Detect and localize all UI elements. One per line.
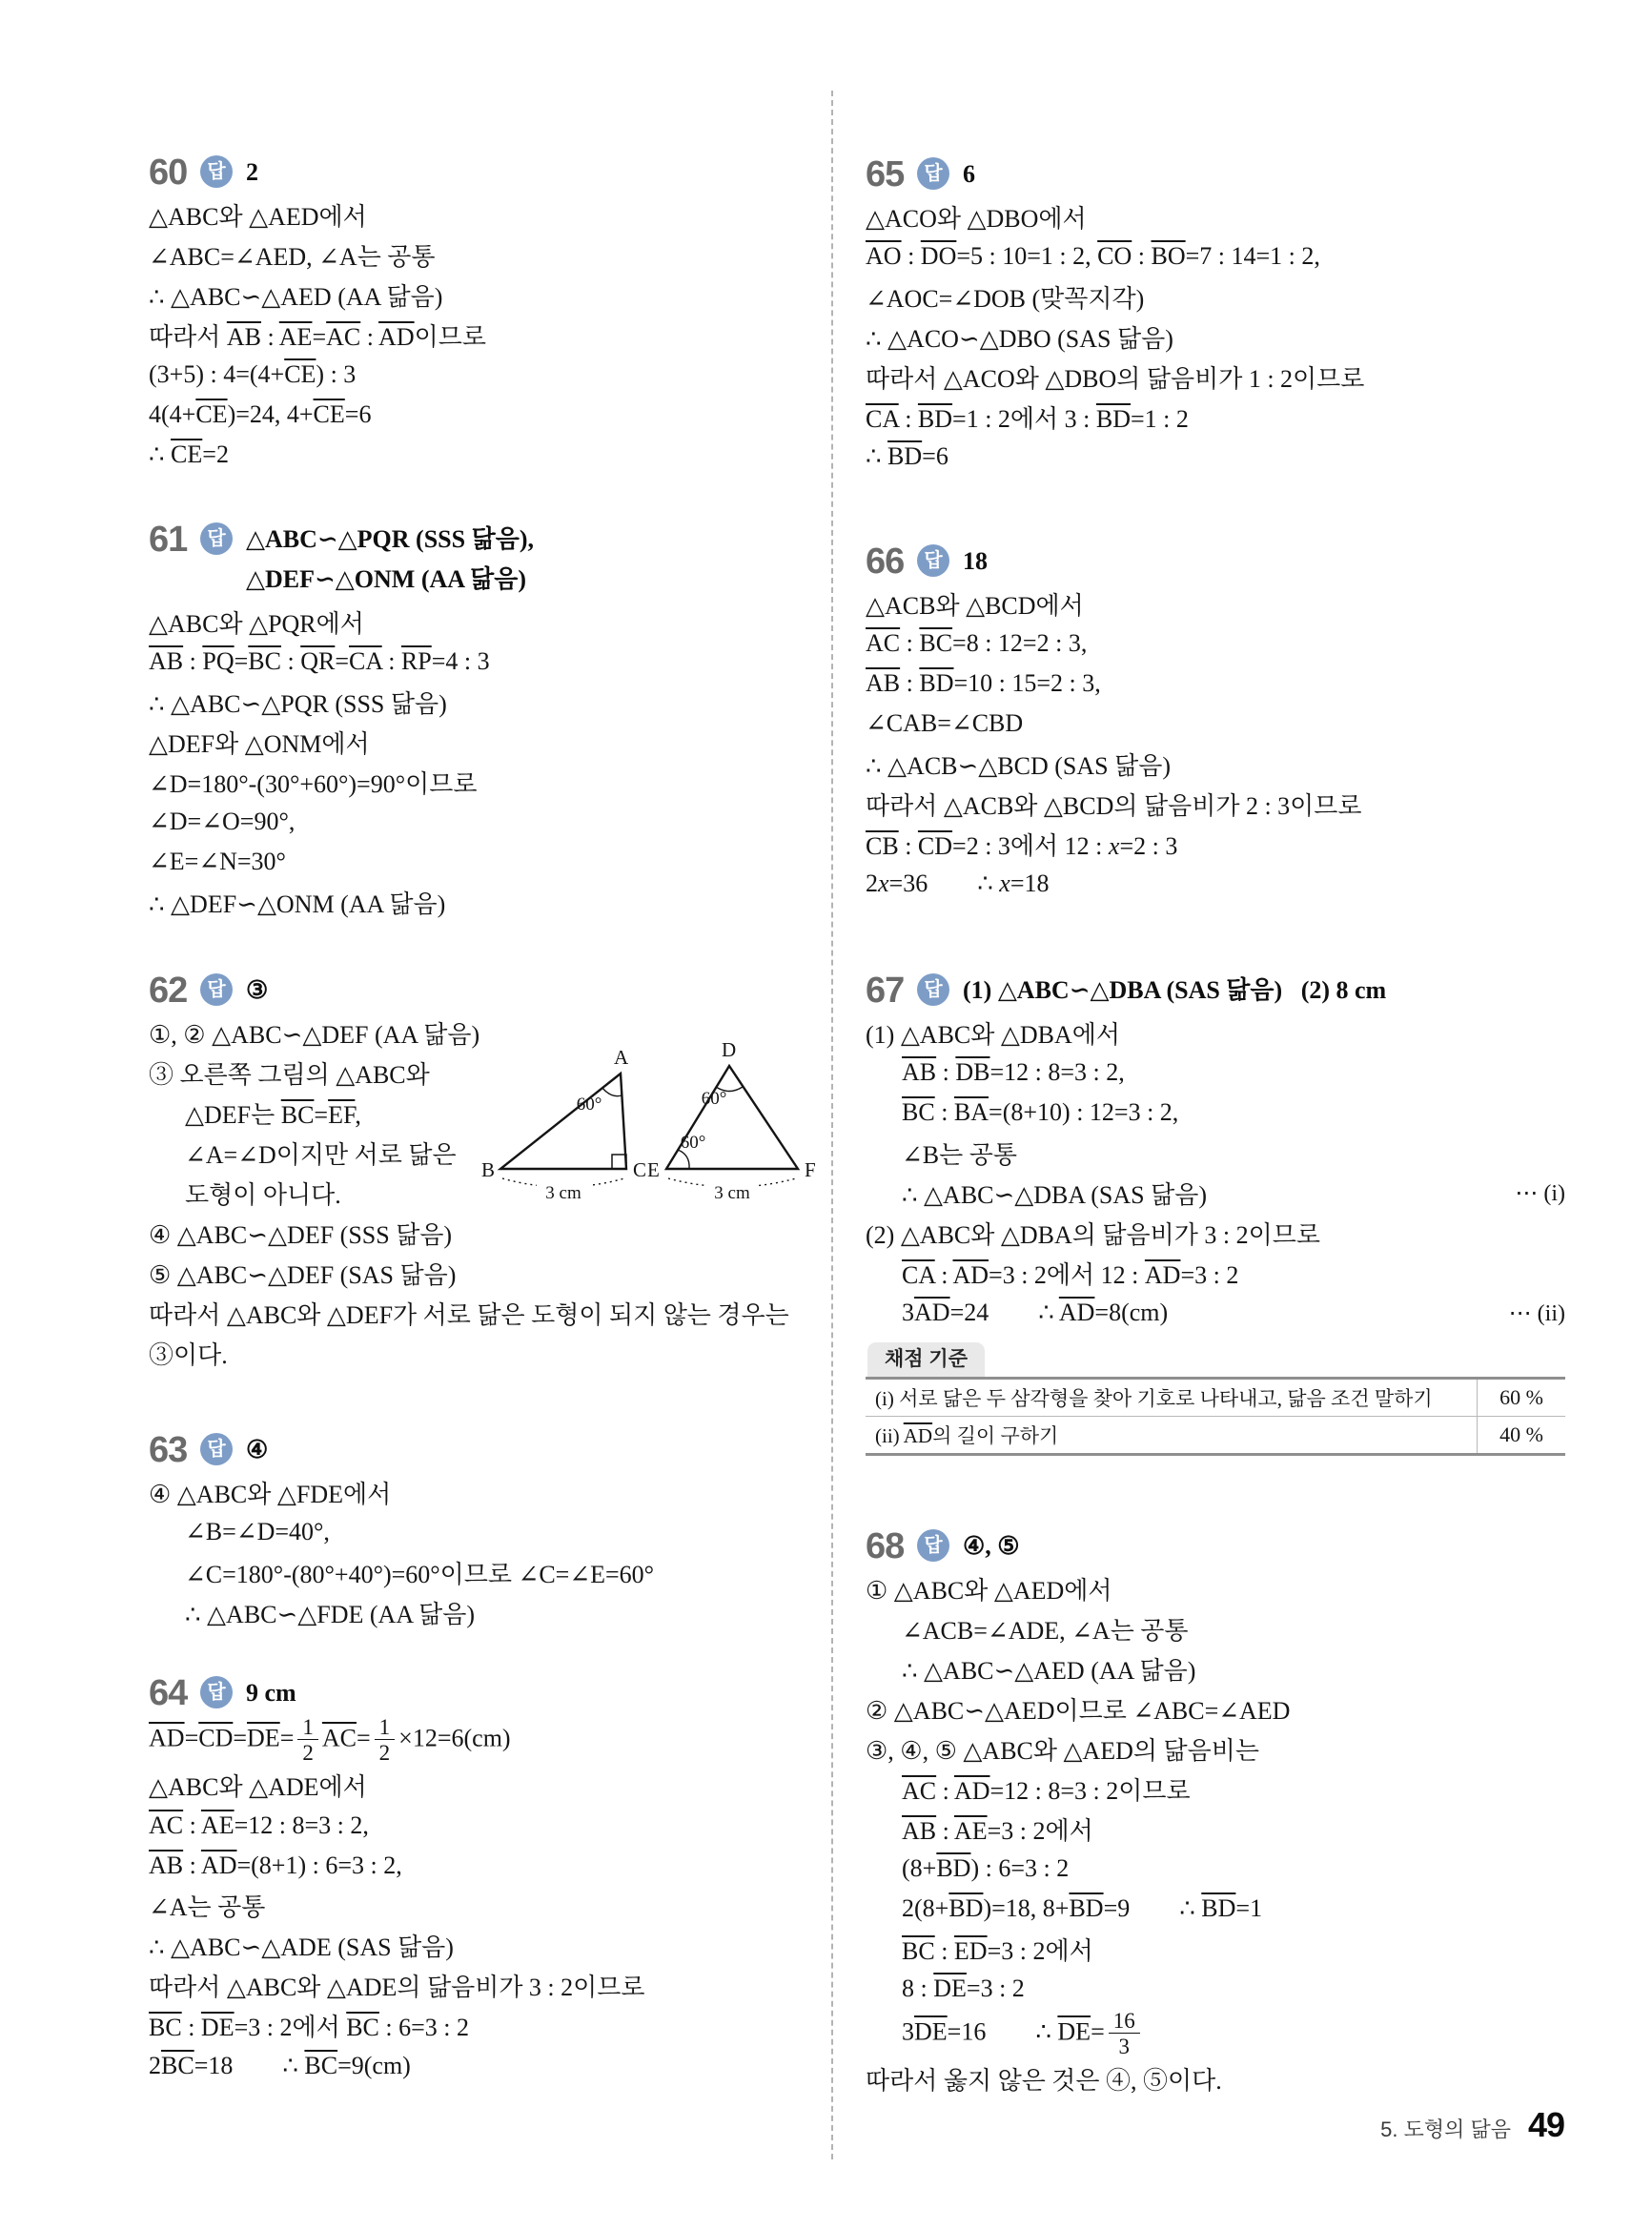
vertex-a-label: A [614,1046,629,1069]
solution-line: 4(4+CE)=24, 4+CE=6 [149,395,816,435]
problem-60-header: 60답2 [149,153,816,193]
triangle-abc [500,1074,626,1169]
problem-number: 62 [149,971,200,1011]
problem-63-header: 63답④ [149,1430,816,1470]
vertex-e-label: E [647,1158,660,1181]
segment-overline: AC [322,1724,357,1751]
segment-overline: AD [201,1852,237,1879]
angle-arc-a [602,1088,622,1096]
segment-overline: CO [1097,242,1132,270]
solution-line: ③이다. [149,1333,816,1373]
solution-line: △ACO와 △DBO에서 [866,196,1565,236]
vertex-c-label: C [633,1158,646,1181]
problem-64-solution: AD=CD=DE=12AC=12×12=6(cm)△ABC와 △ADE에서AC … [149,1715,816,2086]
solution-line: AB : BD=10 : 15=2 : 3, [866,664,1565,704]
solution-line: (2) △ABC와 △DBA의 닮음비가 3 : 2이므로 [866,1213,1565,1253]
solution-line: ∠CAB=∠CBD [866,704,1565,744]
problem-64: 64답9 cmAD=CD=DE=12AC=12×12=6(cm)△ABC와 △A… [149,1673,816,2086]
solution-line: ∠C=180°-(80°+40°)=60°이므로 ∠C=∠E=60° [149,1552,816,1592]
segment-overline: AC [326,323,360,351]
solution-line: 8 : DE=3 : 2 [866,1969,1565,2009]
segment-overline: CB [866,832,899,860]
segment-overline: BD [919,669,953,697]
solution-line: AB : PQ=BC : QR=CA : RP=4 : 3 [149,642,816,682]
solution-line: AB : DB=12 : 8=3 : 2, [866,1053,1565,1093]
grading-table: (i) 서로 닮은 두 삼각형을 찾아 기호로 나타내고, 닮음 조건 말하기6… [866,1377,1565,1456]
problem-number: 64 [149,1673,200,1713]
solution-line: ∴ BD=6 [866,437,1565,477]
solution-line: ∴ CE=2 [149,435,816,475]
answer-line: ④ [246,1430,268,1470]
problem-63-solution: ④ △ABC와 △FDE에서∠B=∠D=40°,∠C=180°-(80°+40°… [149,1472,816,1632]
segment-overline: ED [954,1937,988,1965]
segment-overline: BC [161,2052,194,2079]
segment-overline: CD [198,1724,233,1751]
angle-a-label: 60° [577,1095,602,1115]
answer-line: 9 cm [246,1673,296,1713]
segment-overline: CE [284,360,316,388]
solution-line: AB : AE=3 : 2에서 [866,1809,1565,1849]
segment-overline: AD [378,323,415,351]
solution-line: BC : DE=3 : 2에서 BC : 6=3 : 2 [149,2006,816,2046]
segment-overline: AB [149,1852,183,1879]
solution-line: CA : BD=1 : 2에서 3 : BD=1 : 2 [866,397,1565,437]
solution-line: ∴ △ACB∽△BCD (SAS 닮음) [866,744,1565,784]
answer-badge: 답 [917,973,949,1006]
problem-67-header: 67답(1) △ABC∽△DBA (SAS 닮음) (2) 8 cm [866,971,1565,1011]
solution-line: ④ △ABC와 △FDE에서 [149,1472,816,1512]
answer-text: 9 cm [246,1673,296,1713]
solution-line: ∴ △ABC∽△AED (AA 닮음) [149,275,816,315]
answer-text: 2 [246,153,258,193]
grading-row: (i) 서로 닮은 두 삼각형을 찾아 기호로 나타내고, 닮음 조건 말하기6… [866,1380,1565,1416]
segment-overline: DE [1057,2017,1091,2045]
right-angle-mark-c [612,1155,626,1169]
problem-62-figure: A B C 60° 3 cm D E F 60° 60° 3 cm [481,1041,817,1215]
segment-overline: AD [1145,1261,1181,1289]
step-marker: ⋯ (i) [1496,1179,1565,1207]
solution-line: 따라서 AB : AE=AC : AD이므로 [149,315,816,355]
answer-text: (1) △ABC∽△DBA (SAS 닮음) (2) 8 cm [963,971,1386,1011]
answer-line: (1) △ABC∽△DBA (SAS 닮음) (2) 8 cm [963,971,1386,1011]
solution-line: 2BC=18 ∴ BC=9(cm) [149,2046,816,2086]
answer-text: 18 [963,542,988,582]
problem-number: 66 [866,542,917,582]
solution-line: AC : BC=8 : 12=2 : 3, [866,624,1565,664]
segment-overline: PQ [202,647,234,675]
similar-triangles-figure: A B C 60° 3 cm D E F 60° 60° 3 cm [481,1041,817,1215]
segment-overline: BD [936,1854,970,1882]
solution-line: ③, ④, ⑤ △ABC와 △AED의 닮음비는 [866,1729,1565,1769]
answer-badge: 답 [917,1529,949,1562]
answer-badge: 답 [200,973,233,1006]
solution-line: AC : AE=12 : 8=3 : 2, [149,1806,816,1846]
segment-overline: AC [902,1777,936,1805]
segment-overline: CE [171,440,202,468]
solution-line: 따라서 △ABC와 △ADE의 닮음비가 3 : 2이므로 [149,1966,816,2006]
answer-badge: 답 [200,1433,233,1465]
solution-line: ∠B는 공통 [866,1133,1565,1173]
segment-overline: BD [1096,405,1131,433]
segment-overline: AE [954,1817,988,1845]
solution-line: △ABC와 △ADE에서 [149,1766,816,1806]
problem-number: 65 [866,154,917,194]
vertex-f-label: F [805,1158,816,1181]
problem-65: 65답6△ACO와 △DBO에서AO : DO=5 : 10=1 : 2, CO… [866,154,1565,477]
problem-65-solution: △ACO와 △DBO에서AO : DO=5 : 10=1 : 2, CO : B… [866,196,1565,477]
segment-overline: BC [281,1101,315,1129]
solution-line: 2x=36 ∴ x=18 [866,864,1565,904]
segment-overline: CE [195,400,227,428]
segment-overline: AB [149,647,183,675]
segment-overline: CA [866,405,899,433]
grading-criterion: (ii) AD의 길이 구하기 [866,1417,1478,1453]
segment-overline: QR [300,647,335,675]
problem-61-solution: △ABC와 △PQR에서AB : PQ=BC : QR=CA : RP=4 : … [149,602,816,922]
segment-overline: AE [279,323,313,351]
solution-line: △DEF와 △ONM에서 [149,722,816,762]
vertex-b-label: B [481,1158,495,1181]
segment-overline: DB [955,1058,989,1086]
grading-criterion: (i) 서로 닮은 두 삼각형을 찾아 기호로 나타내고, 닮음 조건 말하기 [866,1380,1478,1416]
problem-67-solution: (1) △ABC와 △DBA에서AB : DB=12 : 8=3 : 2,BC … [866,1013,1565,1333]
segment-overline: BD [887,442,922,470]
solution-line: 3AD=24 ∴ AD=8(cm)⋯ (ii) [866,1293,1565,1333]
answer-line: 6 [963,154,975,194]
solution-line: AB : AD=(8+1) : 6=3 : 2, [149,1846,816,1886]
segment-overline: AD [1059,1299,1095,1326]
segment-overline: DO [921,242,957,270]
problem-68-solution: ① △ABC와 △AED에서∠ACB=∠ADE, ∠A는 공통∴ △ABC∽△A… [866,1568,1565,2099]
grading-criteria: 채점 기준(i) 서로 닮은 두 삼각형을 찾아 기호로 나타내고, 닮음 조건… [866,1342,1565,1456]
solution-line: (8+BD) : 6=3 : 2 [866,1849,1565,1889]
solution-line: △ACB와 △BCD에서 [866,583,1565,624]
angle-arc-e [678,1150,689,1169]
step-marker: ⋯ (ii) [1490,1299,1565,1327]
problem-65-header: 65답6 [866,154,1565,194]
fraction: 163 [1109,2009,1140,2059]
answer-line: △DEF∽△ONM (AA 닮음) [246,560,534,600]
solution-line: 2(8+BD)=18, 8+BD=9 ∴ BD=1 [866,1889,1565,1929]
vertex-d-label: D [722,1041,736,1061]
problem-61: 61답△ABC∽△PQR (SSS 닮음),△DEF∽△ONM (AA 닮음)△… [149,520,816,922]
solution-line: 따라서 옳지 않은 것은 ④, ⑤이다. [866,2059,1565,2099]
segment-overline: BC [304,2052,337,2079]
side-bc-label: 3 cm [545,1183,581,1203]
grading-title: 채점 기준 [867,1342,985,1377]
segment-overline: AB [902,1058,936,1086]
answer-badge: 답 [200,155,233,188]
problem-number: 60 [149,153,200,193]
solution-line: AD=CD=DE=12AC=12×12=6(cm) [149,1715,816,1766]
answer-badge: 답 [200,1676,233,1708]
answer-badge: 답 [200,522,233,555]
solution-line: △ABC와 △PQR에서 [149,602,816,642]
segment-overline: AD [149,1724,185,1751]
solution-line: ∠AOC=∠DOB (맞꼭지각) [866,276,1565,317]
solution-line: ∴ △DEF∽△ONM (AA 닮음) [149,882,816,922]
segment-overline: AC [149,1811,183,1839]
angle-e-label: 60° [681,1133,706,1153]
solution-line: ∴ △ABC∽△DBA (SAS 닮음)⋯ (i) [866,1173,1565,1213]
solution-line: ② △ABC∽△AED이므로 ∠ABC=∠AED [866,1688,1565,1729]
solution-line: (3+5) : 4=(4+CE) : 3 [149,355,816,395]
answer-line: △ABC∽△PQR (SSS 닮음), [246,520,534,560]
solution-line: ∠A는 공통 [149,1886,816,1926]
solution-line: 3DE=16 ∴ DE=163 [866,2009,1565,2059]
problem-number: 63 [149,1430,200,1470]
footer-page-number: 49 [1528,2105,1564,2145]
solution-line: BC : BA=(8+10) : 12=3 : 2, [866,1093,1565,1133]
segment-overline: DE [247,1724,280,1751]
solution-line: △ABC와 △AED에서 [149,194,816,235]
segment-overline: CA [902,1261,935,1289]
solution-line: ∴ △ABC∽△AED (AA 닮음) [866,1648,1565,1688]
segment-overline: AD [914,1299,950,1326]
problem-66-header: 66답18 [866,542,1565,582]
problem-68-header: 68답④, ⑤ [866,1526,1565,1566]
solution-line: ① △ABC와 △AED에서 [866,1568,1565,1608]
problem-61-header: 61답△ABC∽△PQR (SSS 닮음),△DEF∽△ONM (AA 닮음) [149,520,816,600]
segment-overline: BC [346,2014,379,2041]
solution-line: AO : DO=5 : 10=1 : 2, CO : BO=7 : 14=1 :… [866,236,1565,276]
answer-line: ③ [246,971,268,1011]
problem-63: 63답④④ △ABC와 △FDE에서∠B=∠D=40°,∠C=180°-(80°… [149,1430,816,1632]
segment-overline: DE [201,2014,235,2041]
side-ef-label: 3 cm [714,1183,750,1203]
segment-overline: BD [1069,1894,1103,1922]
solution-line: ∠D=∠O=90°, [149,802,816,842]
segment-overline: BC [919,629,952,657]
solution-line: ∠E=∠N=30° [149,842,816,882]
answer-badge: 답 [917,157,949,190]
problem-68: 68답④, ⑤① △ABC와 △AED에서∠ACB=∠ADE, ∠A는 공통∴ … [866,1526,1565,2099]
segment-overline: BA [954,1098,989,1126]
segment-overline: BO [1152,242,1186,270]
solution-line: (1) △ABC와 △DBA에서 [866,1013,1565,1053]
segment-overline: CA [349,647,382,675]
problem-60: 60답2△ABC와 △AED에서∠ABC=∠AED, ∠A는 공통∴ △ABC∽… [149,153,816,475]
solution-line: ∠ACB=∠ADE, ∠A는 공통 [866,1608,1565,1648]
solution-line: ∴ △ACO∽△DBO (SAS 닮음) [866,317,1565,357]
problem-number: 61 [149,520,200,560]
segment-overline: BC [248,647,281,675]
segment-overline: DE [914,2017,948,2045]
segment-overline: BC [902,1937,935,1965]
solution-line: ⑤ △ABC∽△DEF (SAS 닮음) [149,1253,816,1293]
grading-row: (ii) AD의 길이 구하기40 % [866,1416,1565,1453]
fraction: 12 [297,1715,318,1766]
right-column: 65답6△ACO와 △DBO에서AO : DO=5 : 10=1 : 2, CO… [866,133,1565,2099]
solution-line: ∠D=180°-(30°+60°)=90°이므로 [149,762,816,802]
solution-line: CA : AD=3 : 2에서 12 : AD=3 : 2 [866,1253,1565,1293]
segment-overline: AD [904,1424,932,1447]
problem-60-solution: △ABC와 △AED에서∠ABC=∠AED, ∠A는 공통∴ △ABC∽△AED… [149,194,816,475]
solution-line: 따라서 △ACB와 △BCD의 닮음비가 2 : 3이므로 [866,784,1565,824]
solution-line: 따라서 △ABC와 △DEF가 서로 닮은 도형이 되지 않는 경우는 [149,1293,816,1333]
segment-overline: BD [1201,1894,1235,1922]
segment-overline: AD [952,1261,989,1289]
segment-overline: AB [227,323,261,351]
problem-66: 66답18△ACB와 △BCD에서AC : BC=8 : 12=2 : 3,AB… [866,542,1565,904]
segment-overline: BD [948,1894,983,1922]
solution-line: ∠ABC=∠AED, ∠A는 공통 [149,235,816,275]
page-footer: 5. 도형의 닮음 49 [1380,2105,1564,2145]
answer-text: ③ [246,971,268,1011]
answer-badge: 답 [917,544,949,577]
grading-percent: 40 % [1478,1422,1565,1447]
solution-line: ∴ △ABC∽△ADE (SAS 닮음) [149,1926,816,1966]
answer-text: ④ [246,1430,268,1470]
answer-text: 6 [963,154,975,194]
angle-d-label: 60° [702,1089,727,1109]
segment-overline: AD [954,1777,990,1805]
problem-number: 67 [866,971,917,1011]
segment-overline: AB [902,1817,936,1845]
segment-overline: AC [866,629,900,657]
segment-overline: AO [866,242,902,270]
segment-overline: AE [201,1811,235,1839]
solution-line: AC : AD=12 : 8=3 : 2이므로 [866,1769,1565,1809]
solution-line: ④ △ABC∽△DEF (SSS 닮음) [149,1213,816,1253]
segment-overline: DE [933,1974,967,2002]
segment-overline: AB [866,669,900,697]
segment-overline: BC [902,1098,935,1126]
solution-line: ∴ △ABC∽△PQR (SSS 닮음) [149,682,816,722]
problem-67: 67답(1) △ABC∽△DBA (SAS 닮음) (2) 8 cm(1) △A… [866,971,1565,1333]
solutions-page: 60답2△ABC와 △AED에서∠ABC=∠AED, ∠A는 공통∴ △ABC∽… [0,0,1652,2230]
answer-text: △ABC∽△PQR (SSS 닮음),△DEF∽△ONM (AA 닮음) [246,520,534,600]
answer-text: ④, ⑤ [963,1526,1020,1566]
fraction: 12 [375,1715,396,1766]
answer-line: ④, ⑤ [963,1526,1020,1566]
segment-overline: BD [918,405,952,433]
solution-line: ∴ △ABC∽△FDE (AA 닮음) [149,1592,816,1632]
solution-line: 따라서 △ACO와 △DBO의 닮음비가 1 : 2이므로 [866,357,1565,397]
column-divider [831,91,833,2159]
problem-62-header: 62답③ [149,971,816,1011]
segment-overline: CE [314,400,345,428]
answer-line: 18 [963,542,988,582]
solution-line: ∠B=∠D=40°, [149,1512,816,1552]
answer-line: 2 [246,153,258,193]
triangle-def [666,1066,798,1169]
footer-section-title: 5. 도형의 닮음 [1380,2114,1511,2143]
problem-64-header: 64답9 cm [149,1673,816,1713]
segment-overline: BC [149,2014,182,2041]
solution-line: BC : ED=3 : 2에서 [866,1929,1565,1969]
segment-overline: RP [401,647,432,675]
problem-66-solution: △ACB와 △BCD에서AC : BC=8 : 12=2 : 3,AB : BD… [866,583,1565,904]
solution-line: CB : CD=2 : 3에서 12 : x=2 : 3 [866,824,1565,864]
segment-overline: EF [328,1101,355,1129]
problem-number: 68 [866,1526,917,1566]
segment-overline: CD [918,832,952,860]
grading-percent: 60 % [1478,1385,1565,1410]
